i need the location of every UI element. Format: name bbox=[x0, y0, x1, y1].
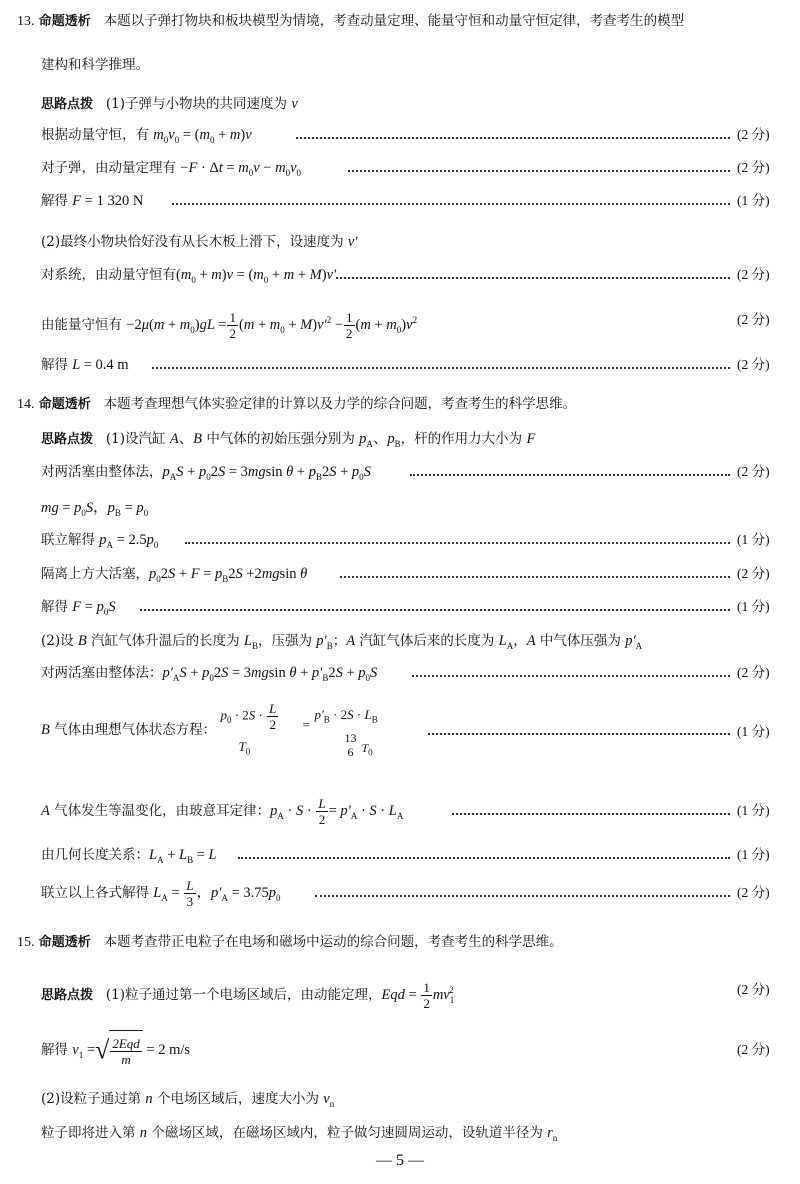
step-text: 对系统，由动量守恒有 bbox=[41, 267, 176, 283]
step-text: 解得 bbox=[41, 357, 68, 373]
step-text: 解得 bbox=[41, 193, 68, 209]
s14-step-geometry: 由几何长度关系：LA + LB = L (1 分) bbox=[0, 842, 800, 868]
score-label: (1 分) bbox=[737, 188, 770, 214]
hint-label: 思路点拨 bbox=[41, 988, 93, 1003]
step-text: 汽缸气体后来的长度为 bbox=[359, 633, 494, 649]
s13-part2-intro: (2)最终小物块恰好没有从长木板上滑下，设速度为 v′ bbox=[0, 229, 800, 255]
s13-step-system-momentum: 对系统，由动量守恒有(m0 + m)v = (m0 + m + M)v′ (2 … bbox=[0, 262, 800, 288]
step-formula: pAS + p02S = 3mgsin θ + pB2S + p0S bbox=[163, 464, 371, 480]
leader-dots bbox=[315, 892, 730, 897]
s15-part2-intro: (2)设粒子通过第 n 个电场区域后，速度大小为 vn bbox=[0, 1086, 800, 1112]
leader-dots bbox=[428, 730, 730, 735]
analysis-label: 命题透析 bbox=[39, 935, 91, 950]
step-text: 根据动量守恒，有 bbox=[41, 127, 149, 143]
analysis-text: 本题考查带正电粒子在电场和磁场中运动的综合问题，考查考生的科学思维。 bbox=[104, 934, 563, 950]
step-formula: pA · S · L2= p′A · S · LA bbox=[270, 803, 403, 819]
leader-dots bbox=[296, 134, 730, 139]
s13-hint-line-1: 思路点拨 (1)子弹与小物块的共同速度为 v bbox=[0, 91, 800, 117]
step-text: 对两活塞由整体法， bbox=[41, 464, 163, 480]
analysis-text-cont: 建构和科学推理。 bbox=[41, 57, 149, 73]
math-A: A bbox=[346, 633, 355, 649]
leader-dots bbox=[410, 471, 730, 476]
step-text: (2)设粒子通过第 bbox=[41, 1091, 141, 1107]
s13-analysis-line-2: 建构和科学推理。 bbox=[0, 52, 800, 78]
step-text: 解得 bbox=[41, 599, 68, 615]
s14-step-boyle: A 气体发生等温变化，由玻意耳定律：pA · S · L2= p′A · S ·… bbox=[0, 794, 800, 828]
s14-step-ideal-gas: B 气体由理想气体状态方程： p0 · 2S · L2 T0 = p′B · 2… bbox=[0, 700, 800, 770]
step-text: 中气体压强为 bbox=[540, 633, 621, 649]
score-label: (2 分) bbox=[737, 972, 770, 1008]
hint-label: 思路点拨 bbox=[41, 97, 93, 112]
step-formula: v1 =√2Eqdm = 2 m/s bbox=[72, 1042, 190, 1058]
s14-analysis-line: 14. 命题透析 本题考查理想气体实验定律的计算以及力学的综合问题，考查考生的科… bbox=[0, 391, 800, 417]
math-pB-prime: p′B bbox=[316, 633, 332, 649]
score-label: (1 分) bbox=[737, 700, 770, 764]
step-text: 个磁场区域，在磁场区域内，粒子做匀速圆周运动，设轨道半径为 bbox=[151, 1125, 543, 1141]
leader-dots bbox=[452, 810, 730, 815]
step-text: 对子弹，由动量定理有 bbox=[41, 160, 176, 176]
step-formula: L = 0.4 m bbox=[72, 357, 128, 373]
step-formula: Eqd = 12mv12 bbox=[382, 987, 454, 1003]
hint-text: (1)设汽缸 bbox=[106, 431, 166, 447]
s15-step-magnetic: 粒子即将进入第 n 个磁场区域，在磁场区域内，粒子做匀速圆周运动，设轨道半径为 … bbox=[0, 1120, 800, 1146]
s13-step-energy: 由能量守恒有 −2μ(m + m0)gL =12(m + m0 + M)v′2 … bbox=[0, 300, 800, 340]
score-label: (2 分) bbox=[737, 352, 770, 378]
s14-step-final: 联立以上各式解得 LA = L3，p′A = 3.75p0 (2 分) bbox=[0, 876, 800, 910]
s13-step-momentum: 根据动量守恒，有 m0v0 = (m0 + m)v (2 分) bbox=[0, 122, 800, 148]
step-formula: F = 1 320 N bbox=[72, 193, 143, 209]
score-label: (2 分) bbox=[737, 1030, 770, 1070]
math-v-prime: v′ bbox=[348, 234, 358, 250]
leader-dots bbox=[172, 200, 730, 205]
score-label: (2 分) bbox=[737, 155, 770, 181]
step-text: 粒子即将进入第 bbox=[41, 1125, 136, 1141]
step-text: (2)最终小物块恰好没有从长木板上滑下，设速度为 bbox=[41, 234, 344, 250]
step-formula: F = p0S bbox=[72, 599, 115, 615]
math-pA-pB: pA、pB bbox=[359, 431, 401, 447]
step-text: 联立解得 bbox=[41, 532, 95, 548]
leader-dots bbox=[412, 672, 730, 677]
leader-dots bbox=[348, 167, 730, 172]
step-formula: (m0 + m)v = (m0 + m + M)v′ bbox=[176, 267, 336, 283]
step-text: 气体发生等温变化，由玻意耳定律： bbox=[54, 803, 270, 819]
math-A: A bbox=[41, 803, 50, 819]
math-n: n bbox=[140, 1125, 147, 1141]
step-text: 对两活塞由整体法： bbox=[41, 665, 163, 681]
step-formula: mg = p0S，pB = p0 bbox=[41, 500, 148, 516]
s15-step-v1: 解得 v1 =√2Eqdm = 2 m/s (2 分) bbox=[0, 1030, 800, 1070]
step-text: 气体由理想气体状态方程： bbox=[54, 722, 216, 738]
math-F: F bbox=[526, 431, 535, 447]
math-B: B bbox=[78, 633, 87, 649]
step-formula: m0v0 = (m0 + m)v bbox=[153, 127, 251, 143]
step-formula: pA = 2.5p0 bbox=[99, 532, 158, 548]
question-number: 14. bbox=[17, 397, 35, 412]
hint-text: (1)子弹与小物块的共同速度为 bbox=[106, 96, 287, 112]
hint-text: 中气体的初始压强分别为 bbox=[206, 431, 355, 447]
analysis-label: 命题透析 bbox=[39, 14, 91, 29]
analysis-text: 本题以子弹打物块和板块模型为情境，考查动量定理、能量守恒和动量守恒定律，考查考生… bbox=[104, 13, 685, 29]
score-label: (2 分) bbox=[737, 876, 770, 910]
math-v: v bbox=[291, 96, 297, 112]
step-text: 个电场区域后，速度大小为 bbox=[157, 1091, 319, 1107]
analysis-text: 本题考查理想气体实验定律的计算以及力学的综合问题，考查考生的科学思维。 bbox=[104, 396, 577, 412]
leader-dots bbox=[238, 854, 730, 859]
s14-step-whole-method: 对两活塞由整体法，pAS + p02S = 3mgsin θ + pB2S + … bbox=[0, 459, 800, 485]
score-label: (1 分) bbox=[737, 842, 770, 868]
math-rn: rn bbox=[547, 1125, 557, 1141]
step-formula: p′AS + p02S = 3mgsin θ + p′B2S + p0S bbox=[163, 665, 378, 681]
step-text: (2)设 bbox=[41, 633, 74, 649]
s14-step-isolate: 隔离上方大活塞，p02S + F = pB2S +2mgsin θ (2 分) bbox=[0, 561, 800, 587]
step-text: 由能量守恒有 bbox=[41, 317, 122, 333]
score-label: (2 分) bbox=[737, 561, 770, 587]
step-text: ，压强为 bbox=[258, 633, 312, 649]
score-label: (1 分) bbox=[737, 794, 770, 828]
s14-part2-intro: (2)设 B 汽缸气体升温后的长度为 LB，压强为 p′B；A 汽缸气体后来的长… bbox=[0, 628, 800, 654]
s15-analysis-line: 15. 命题透析 本题考查带正电粒子在电场和磁场中运动的综合问题，考查考生的科学… bbox=[0, 929, 800, 955]
leader-dots bbox=[152, 364, 730, 369]
score-label: (1 分) bbox=[737, 594, 770, 620]
score-label: (2 分) bbox=[737, 300, 770, 340]
question-number: 13. bbox=[17, 14, 35, 29]
s15-hint-line-1: 思路点拨 (1)粒子通过第一个电场区域后，由动能定理，Eqd = 12mv12 … bbox=[0, 972, 800, 1008]
step-formula: −F · Δt = m0v − m0v0 bbox=[180, 160, 301, 176]
step-text: 汽缸气体升温后的长度为 bbox=[91, 633, 240, 649]
math-pA-prime: p′A bbox=[625, 633, 642, 649]
analysis-label: 命题透析 bbox=[39, 397, 91, 412]
math-B: B bbox=[41, 722, 50, 738]
math-A: A bbox=[527, 633, 536, 649]
math-AB: A、B bbox=[170, 431, 202, 447]
hint-label: 思路点拨 bbox=[41, 432, 93, 447]
leader-dots bbox=[336, 274, 730, 279]
comma: ， bbox=[513, 633, 527, 649]
step-formula: LA = L3，p′A = 3.75p0 bbox=[153, 885, 280, 901]
step-text: 联立以上各式解得 bbox=[41, 885, 149, 901]
hint-text: (1)粒子通过第一个电场区域后，由动能定理， bbox=[106, 987, 382, 1003]
leader-dots bbox=[140, 606, 730, 611]
question-number: 15. bbox=[17, 935, 35, 950]
s13-step-result-L: 解得 L = 0.4 m (2 分) bbox=[0, 352, 800, 378]
step-text: ； bbox=[333, 633, 347, 649]
step-text: 由几何长度关系： bbox=[41, 847, 149, 863]
step-text: 解得 bbox=[41, 1042, 68, 1058]
s14-step-pA: 联立解得 pA = 2.5p0 (1 分) bbox=[0, 527, 800, 553]
s13-step-impulse: 对子弹，由动量定理有 −F · Δt = m0v − m0v0 (2 分) bbox=[0, 155, 800, 181]
s14-step-whole-method-2: 对两活塞由整体法：p′AS + p02S = 3mgsin θ + p′B2S … bbox=[0, 660, 800, 686]
s14-hint-line-1: 思路点拨 (1)设汽缸 A、B 中气体的初始压强分别为 pA、pB，杆的作用力大… bbox=[0, 426, 800, 452]
hint-text: ，杆的作用力大小为 bbox=[401, 431, 523, 447]
leader-dots bbox=[340, 573, 730, 578]
s13-step-result-F: 解得 F = 1 320 N (1 分) bbox=[0, 188, 800, 214]
step-formula: p0 · 2S · L2 T0 = p′B · 2S · LB 13 6 T0 bbox=[220, 701, 430, 761]
math-LA: LA bbox=[499, 633, 514, 649]
step-formula: LA + LB = L bbox=[149, 847, 217, 863]
step-formula: p02S + F = pB2S +2mgsin θ bbox=[149, 566, 307, 582]
s13-analysis-line: 13. 命题透析 本题以子弹打物块和板块模型为情境，考查动量定理、能量守恒和动量… bbox=[0, 8, 800, 34]
score-label: (2 分) bbox=[737, 262, 770, 288]
score-label: (2 分) bbox=[737, 122, 770, 148]
step-text: 隔离上方大活塞， bbox=[41, 566, 149, 582]
leader-dots bbox=[185, 539, 730, 544]
math-LB: LB bbox=[244, 633, 258, 649]
s14-step-mg: mg = p0S，pB = p0 bbox=[0, 495, 800, 521]
score-label: (1 分) bbox=[737, 527, 770, 553]
score-label: (2 分) bbox=[737, 660, 770, 686]
step-formula: −2μ(m + m0)gL =12(m + m0 + M)v′2 −12(m +… bbox=[126, 317, 417, 333]
s14-step-result-F: 解得 F = p0S (1 分) bbox=[0, 594, 800, 620]
math-vn: vn bbox=[323, 1091, 334, 1107]
math-n: n bbox=[145, 1091, 152, 1107]
score-label: (2 分) bbox=[737, 459, 770, 485]
page-number: — 5 — bbox=[0, 1152, 800, 1170]
